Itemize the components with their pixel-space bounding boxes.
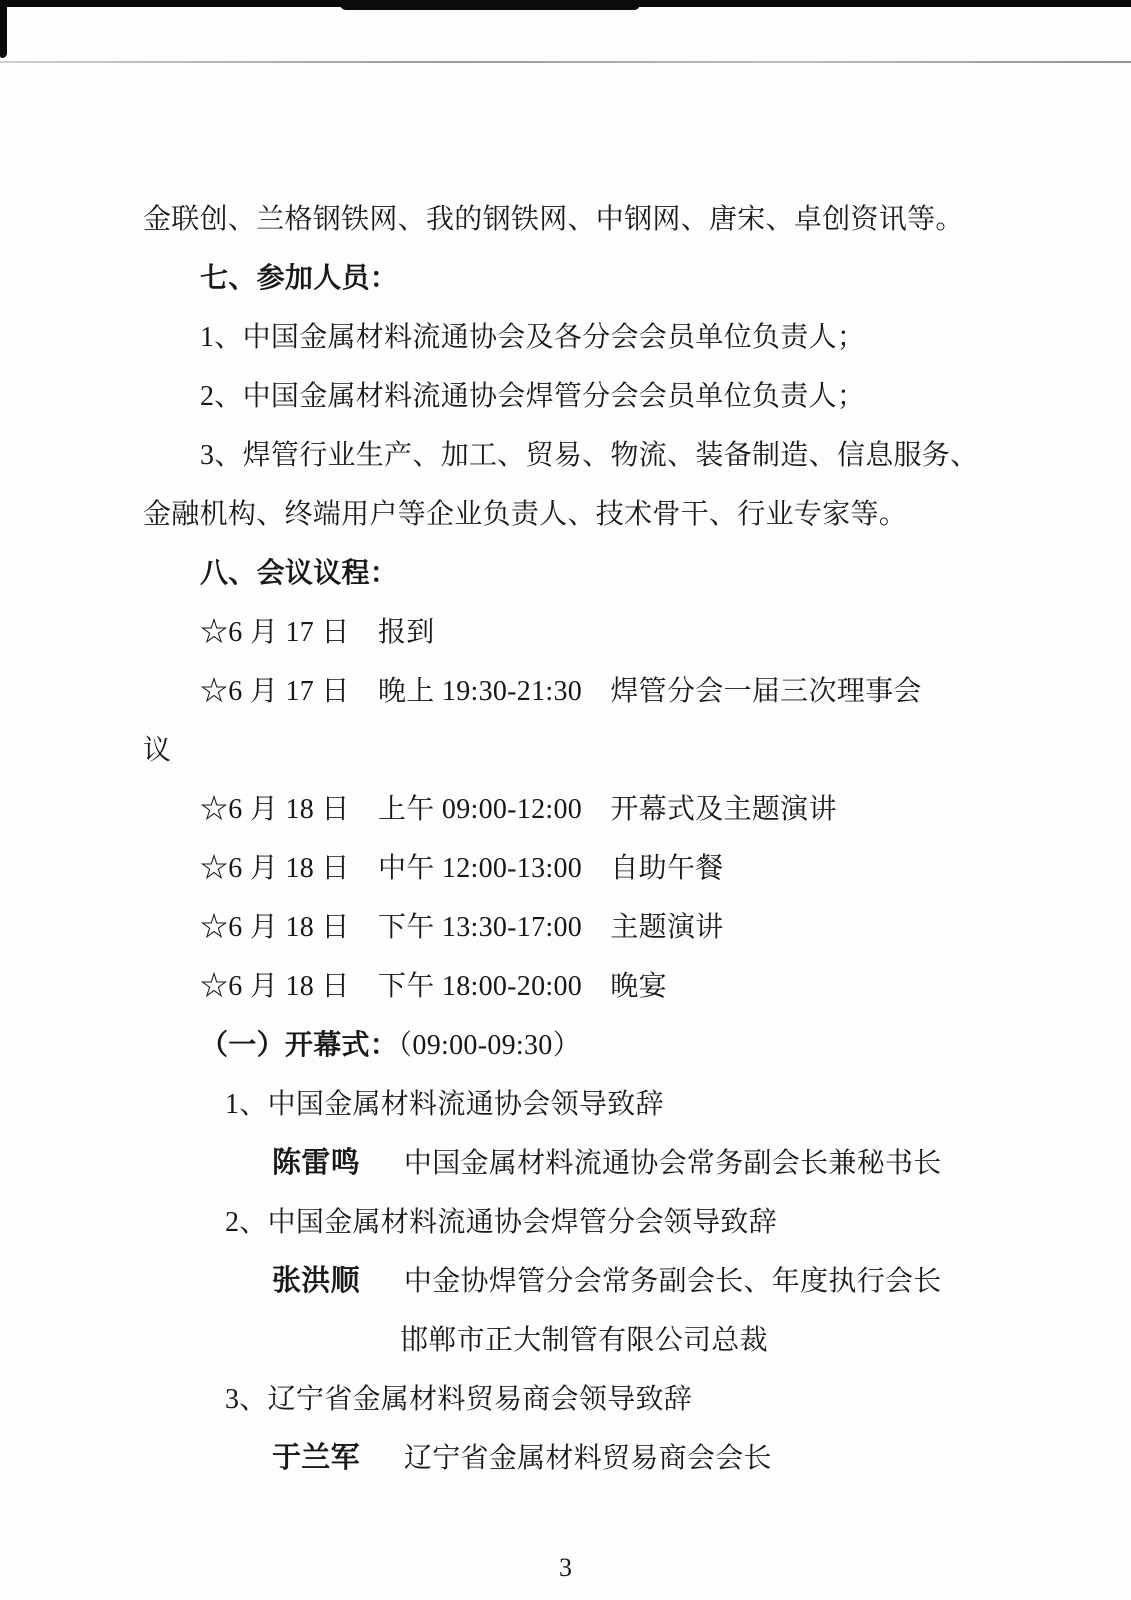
opening-item-1: 1、中国金属材料流通协会领导致辞 xyxy=(143,1075,1013,1134)
document-body: 金联创、兰格钢铁网、我的钢铁网、中钢网、唐宋、卓创资讯等。 七、参加人员： 1、… xyxy=(143,190,1013,1488)
scan-artifact-top-edge-thick xyxy=(340,0,640,10)
opening-ceremony-time: （09:00-09:30） xyxy=(398,1030,581,1061)
opening-ceremony-heading: （一）开幕式：（09:00-09:30） xyxy=(143,1016,1013,1075)
schedule-item-lunch: ☆6 月 18 日 中午 12:00-13:00 自助午餐 xyxy=(143,839,1013,898)
schedule-item-keynotes: ☆6 月 18 日 下午 13:30-17:00 主题演讲 xyxy=(143,898,1013,957)
opening-item-2: 2、中国金属材料流通协会焊管分会领导致辞 xyxy=(143,1193,1013,1252)
page-number: 3 xyxy=(0,1552,1131,1584)
schedule-item-banquet: ☆6 月 18 日 下午 18:00-20:00 晚宴 xyxy=(143,957,1013,1016)
scanned-document-page: 金联创、兰格钢铁网、我的钢铁网、中钢网、唐宋、卓创资讯等。 七、参加人员： 1、… xyxy=(0,0,1131,1600)
scan-artifact-left-corner xyxy=(0,0,7,58)
scan-artifact-fold-line xyxy=(0,61,1131,63)
opening-ceremony-title: （一）开幕式： xyxy=(200,1030,398,1061)
speaker-line-3: 于兰军辽宁省金属材料贸易商会会长 xyxy=(143,1429,1013,1488)
speaker-name: 于兰军 xyxy=(272,1442,360,1474)
media-partners-line: 金联创、兰格钢铁网、我的钢铁网、中钢网、唐宋、卓创资讯等。 xyxy=(143,190,1013,249)
opening-item-3: 3、辽宁省金属材料贸易商会领导致辞 xyxy=(143,1370,1013,1429)
speaker-line-2: 张洪顺中金协焊管分会常务副会长、年度执行会长 xyxy=(143,1252,1013,1311)
schedule-item-opening-speeches: ☆6 月 18 日 上午 09:00-12:00 开幕式及主题演讲 xyxy=(143,780,1013,839)
participants-item-3: 3、焊管行业生产、加工、贸易、物流、装备制造、信息服务、 xyxy=(143,426,1013,485)
speaker-name: 张洪顺 xyxy=(272,1265,360,1297)
speaker-title: 辽宁省金属材料贸易商会会长 xyxy=(404,1443,772,1474)
schedule-item-registration: ☆6 月 17 日 报到 xyxy=(143,603,1013,662)
participants-item-2: 2、中国金属材料流通协会焊管分会会员单位负责人； xyxy=(143,367,1013,426)
speaker-title: 中国金属材料流通协会常务副会长兼秘书长 xyxy=(404,1148,942,1179)
speaker-line-1: 陈雷鸣中国金属材料流通协会常务副会长兼秘书长 xyxy=(143,1134,1013,1193)
speaker-company: 邯郸市正大制管有限公司总裁 xyxy=(143,1311,1013,1370)
section-agenda-heading: 八、会议议程： xyxy=(143,544,1013,603)
participants-item-1: 1、中国金属材料流通协会及各分会会员单位负责人； xyxy=(143,308,1013,367)
participants-item-3-continuation: 金融机构、终端用户等企业负责人、技术骨干、行业专家等。 xyxy=(143,485,1013,544)
speaker-name: 陈雷鸣 xyxy=(272,1147,360,1179)
schedule-item-council-meeting-continuation: 议 xyxy=(143,721,1013,780)
schedule-item-council-meeting: ☆6 月 17 日 晚上 19:30-21:30 焊管分会一届三次理事会 xyxy=(143,662,1013,721)
speaker-title: 中金协焊管分会常务副会长、年度执行会长 xyxy=(404,1266,942,1297)
section-participants-heading: 七、参加人员： xyxy=(143,249,1013,308)
